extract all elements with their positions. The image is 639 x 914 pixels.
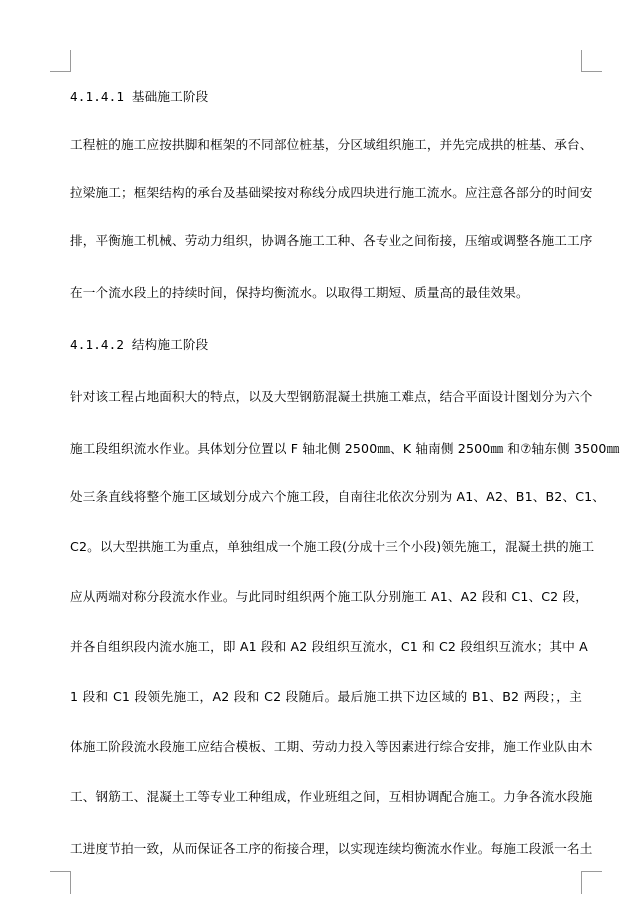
paragraph-line: 应从两端对称分段流水作业。与此同时组织两个施工队分别施工 A1、A2 段和 C1… <box>70 589 582 605</box>
paragraph-line: 处三条直线将整个施工区域划分成六个施工段，自南往北依次分别为 A1、A2、B1、… <box>70 489 582 505</box>
corner-mark-top-left <box>50 50 71 72</box>
paragraph-line: 1 段和 C1 段领先施工，A2 段和 C2 段随后。最后施工拱下边区域的 B1… <box>70 689 582 705</box>
paragraph-line: 工程桩的施工应按拱脚和框架的不同部位桩基，分区域组织施工，并先完成拱的桩基、承台… <box>70 137 582 153</box>
paragraph-line: 在一个流水段上的持续时间，保持均衡流水。以取得工期短、质量高的最佳效果。 <box>70 285 582 301</box>
paragraph-line: 拉梁施工；框架结构的承台及基础梁按对称线分成四块进行施工流水。应注意各部分的时间… <box>70 185 582 201</box>
paragraph-line: 针对该工程占地面积大的特点，以及大型钢筋混凝土拱施工难点，结合平面设计图划分为六… <box>70 389 582 405</box>
corner-mark-top-right <box>581 50 602 72</box>
section-heading: 4.1.4.2 结构施工阶段 <box>70 337 582 353</box>
paragraph-line: C2。以大型拱施工为重点，单独组成一个施工段(分成十三个小段)领先施工，混凝土拱… <box>70 539 582 555</box>
section-heading: 4.1.4.1 基础施工阶段 <box>70 89 582 105</box>
paragraph-line: 工、钢筋工、混凝土工等专业工种组成，作业班组之间，互相协调配合施工。力争各流水段… <box>70 789 582 805</box>
paragraph-line: 工进度节拍一致，从而保证各工序的衔接合理，以实现连续均衡流水作业。每施工段派一名… <box>70 841 582 857</box>
paragraph-line: 体施工阶段流水段施工应结合模板、工期、劳动力投入等因素进行综合安排，施工作业队由… <box>70 739 582 755</box>
paragraph-line: 施工段组织流水作业。具体划分位置以 F 轴北侧 2500㎜、K 轴南侧 2500… <box>70 441 582 457</box>
paragraph-line: 排，平衡施工机械、劳动力组织，协调各施工工种、各专业之间衔接，压缩或调整各施工工… <box>70 233 582 249</box>
paragraph-line: 并各自组织段内流水施工，即 A1 段和 A2 段组织互流水，C1 和 C2 段组… <box>70 639 582 655</box>
corner-mark-bottom-left <box>50 871 71 894</box>
corner-mark-bottom-right <box>581 871 602 894</box>
